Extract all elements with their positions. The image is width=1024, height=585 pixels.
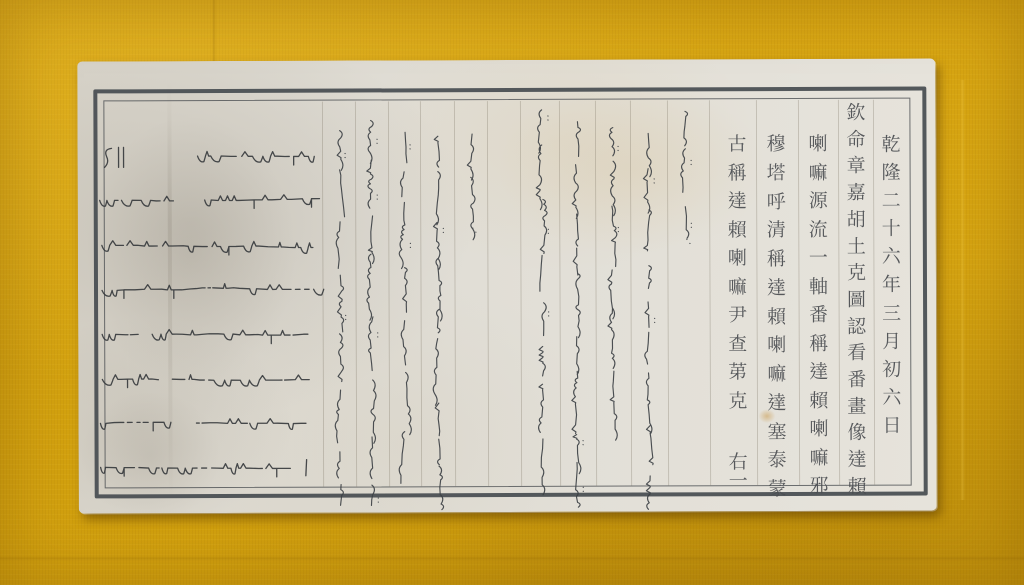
chinese-character: 看	[847, 344, 866, 363]
chinese-character: 土	[847, 237, 866, 256]
chinese-character: 達	[728, 192, 747, 211]
chinese-character: 認	[847, 317, 866, 336]
chinese-column-3: 穆塔呼清稱達賴喇嘛達塞泰蒙	[762, 135, 790, 499]
document-panel: 乾隆二十六年三月初六日欽命章嘉胡土克圖認看番畫像達賴喇嘛源流一軸番稱達賴喇嘛邪穆…	[77, 59, 937, 514]
photo-stage: 乾隆二十六年三月初六日欽命章嘉胡土克圖認看番畫像達賴喇嘛源流一軸番稱達賴喇嘛邪穆…	[0, 0, 1024, 585]
chinese-character: 年	[882, 276, 901, 295]
chinese-character: 十	[882, 220, 901, 239]
chinese-character: 流	[809, 220, 828, 239]
chinese-character: 番	[847, 371, 866, 390]
chinese-character: 初	[882, 360, 901, 379]
chinese-character: 欽	[846, 104, 865, 123]
chinese-character: 克	[728, 392, 747, 411]
chinese-character: 達	[809, 363, 828, 382]
chinese-character: 月	[882, 332, 901, 351]
chinese-character: 尹	[728, 306, 747, 325]
chinese-text-block: 乾隆二十六年三月初六日欽命章嘉胡土克圖認看番畫像達賴喇嘛源流一軸番稱達賴喇嘛邪穆…	[77, 59, 937, 514]
chinese-character: 隆	[882, 164, 901, 183]
chinese-character: 嘛	[767, 365, 786, 384]
chinese-character: 二	[882, 192, 901, 211]
chinese-character: 章	[847, 157, 866, 176]
chinese-character: 嘛	[809, 163, 828, 182]
chinese-character: 邪	[810, 477, 829, 496]
chinese-character: 一	[729, 472, 748, 491]
chinese-character: 泰	[768, 451, 787, 470]
chinese-character: 嘛	[810, 448, 829, 467]
chinese-character: 塔	[767, 164, 786, 183]
chinese-character: 清	[767, 221, 786, 240]
chinese-character: 命	[846, 130, 865, 149]
chinese-character: 塞	[767, 423, 786, 442]
chinese-character: 三	[882, 304, 901, 323]
chinese-character: 古	[727, 135, 746, 154]
chinese-character: 喇	[809, 420, 828, 439]
chinese-character: 像	[847, 424, 866, 443]
chinese-character: 嘛	[728, 278, 747, 297]
chinese-character: 胡	[847, 211, 866, 230]
chinese-character: 賴	[767, 308, 786, 327]
chinese-character: 喇	[767, 336, 786, 355]
chinese-character: 克	[847, 264, 866, 283]
chinese-character: 源	[809, 192, 828, 211]
chinese-character: 蒙	[768, 480, 787, 499]
chinese-character: 軸	[809, 277, 828, 296]
chinese-right-one-label: 右一	[725, 453, 752, 491]
chinese-character: 稱	[809, 334, 828, 353]
chinese-character: 稱	[728, 164, 747, 183]
chinese-character: 番	[809, 306, 828, 325]
chinese-character: 日	[882, 417, 901, 436]
chinese-character: 達	[767, 279, 786, 298]
chinese-character: 六	[882, 388, 901, 407]
chinese-column-4: 古稱達賴喇嘛尹查苐克	[723, 135, 751, 411]
chinese-character: 呼	[767, 193, 786, 212]
chinese-character: 畫	[847, 397, 866, 416]
chinese-character: 賴	[809, 391, 828, 410]
chinese-character: 嘉	[847, 184, 866, 203]
chinese-character: 喇	[808, 135, 827, 154]
chinese-character: 賴	[728, 221, 747, 240]
chinese-character: 六	[882, 248, 901, 267]
chinese-column-2: 喇嘛源流一軸番稱達賴喇嘛邪	[804, 135, 832, 496]
chinese-character: 一	[809, 249, 828, 268]
chinese-character: 達	[767, 394, 786, 413]
chinese-date-column: 乾隆二十六年三月初六日	[877, 136, 905, 436]
chinese-character: 達	[848, 451, 867, 470]
chinese-character: 查	[728, 335, 747, 354]
chinese-column-1: 欽命章嘉胡土克圖認看番畫像達賴	[842, 104, 870, 497]
chinese-character: 賴	[848, 478, 867, 497]
chinese-character: 苐	[728, 364, 747, 383]
chinese-character: 穆	[766, 135, 785, 154]
chinese-character: 稱	[767, 250, 786, 269]
chinese-character: 圖	[847, 291, 866, 310]
chinese-character: 喇	[728, 249, 747, 268]
chinese-character: 乾	[881, 136, 900, 155]
